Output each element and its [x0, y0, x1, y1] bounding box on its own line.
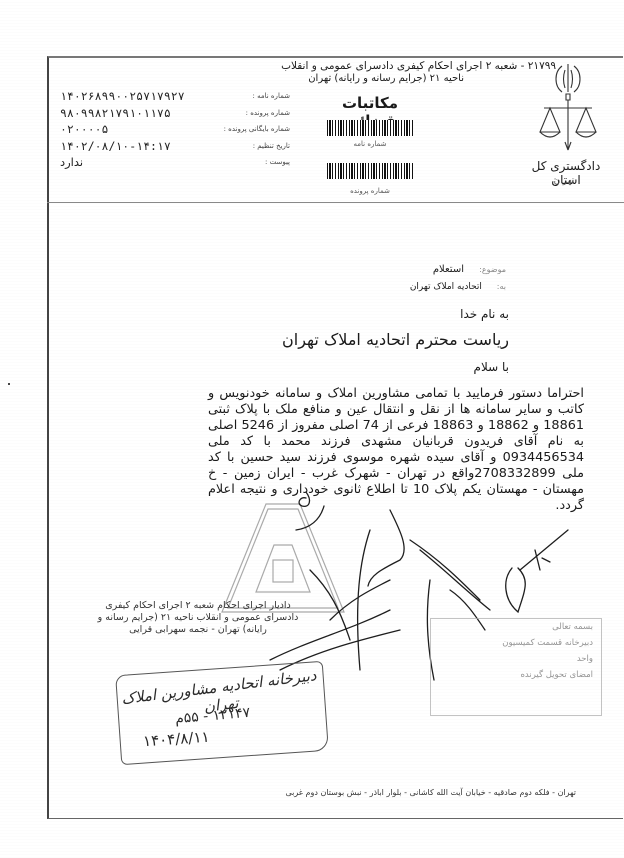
meta-label: شماره پرونده :	[246, 109, 290, 117]
subject-key: موضوع:	[479, 265, 506, 274]
meta-attachment: ندارد پیوست :	[60, 154, 290, 171]
meta-label: تاریخ تنظیم :	[253, 142, 290, 150]
addressee: ریاست محترم اتحادیه املاک تهران	[282, 330, 509, 349]
issuing-district: ناحیه ۲۱ (جرایم رسانه و رایانه) تهران	[308, 73, 464, 84]
meta-archive-number: ۰۲۰۰۰۰۵ شماره بایگانی پرونده :	[60, 121, 290, 138]
salutation: با سلام	[474, 360, 509, 374]
meta-value: ۹۸۰۹۹۸۲۱۷۹۱۰۱۱۷۵	[60, 106, 171, 120]
meta-value: ۰۲۰۰۰۰۵	[60, 122, 108, 136]
meta-label: شماره نامه :	[253, 92, 291, 100]
footer-address: تهران - فلکه دوم صادقیه - خیابان آیت الل…	[285, 788, 576, 797]
letter-number-barcode	[327, 120, 413, 136]
meta-value: ۱۴۰۲/۰۸/۱۰-۱۴:۱۷	[60, 139, 171, 153]
issuing-branch: ۲۱۷۹۹ - شعبه ۲ اجرای احکام کیفری دادسرای…	[281, 60, 556, 72]
recipient-value: اتحادیه املاک تهران	[410, 282, 482, 292]
header-divider	[47, 202, 624, 203]
meta-case-number: ۹۸۰۹۹۸۲۱۷۹۱۰۱۱۷۵ شماره پرونده :	[60, 105, 290, 122]
meta-value: ندارد	[60, 155, 83, 169]
scan-speck	[8, 383, 10, 385]
barcode-label-letter: شماره نامه	[327, 140, 413, 148]
meta-label: شماره بایگانی پرونده :	[224, 125, 290, 133]
recipient-key: به:	[497, 282, 506, 291]
court-city: تهران	[534, 176, 594, 186]
meta-value: ۱۴۰۲۶۸۹۹۰۰۲۵۷۱۷۹۲۷	[60, 89, 185, 103]
subject-value: استعلام	[433, 264, 464, 275]
barcode-label-case: شماره پرونده	[327, 187, 413, 195]
stamp-line: واحد	[431, 651, 601, 667]
stamp-line: امضای تحویل گیرنده	[431, 667, 601, 683]
bismillah: به نام خدا	[460, 307, 509, 321]
iran-judiciary-emblem-icon	[536, 60, 600, 160]
receipt-stamp-secondary: بسمه تعالی دبیرخانه قسمت کمیسیون واحد ام…	[430, 618, 602, 716]
meta-date: ۱۴۰۲/۰۸/۱۰-۱۴:۱۷ تاریخ تنظیم :	[60, 138, 290, 155]
meta-letter-number: ۱۴۰۲۶۸۹۹۰۰۲۵۷۱۷۹۲۷ شماره نامه :	[60, 88, 290, 105]
letter-metadata: ۱۴۰۲۶۸۹۹۰۰۲۵۷۱۷۹۲۷ شماره نامه : ۹۸۰۹۹۸۲۱…	[60, 88, 290, 171]
case-number-barcode	[327, 163, 413, 179]
letter-subject: موضوع: استعلام	[433, 264, 506, 275]
stamp-line: دبیرخانه قسمت کمیسیون	[431, 635, 601, 651]
meta-label: پیوست :	[265, 158, 290, 166]
stamp-line: بسمه تعالی	[431, 619, 601, 635]
letter-recipient: به: اتحادیه املاک تهران	[410, 282, 506, 292]
